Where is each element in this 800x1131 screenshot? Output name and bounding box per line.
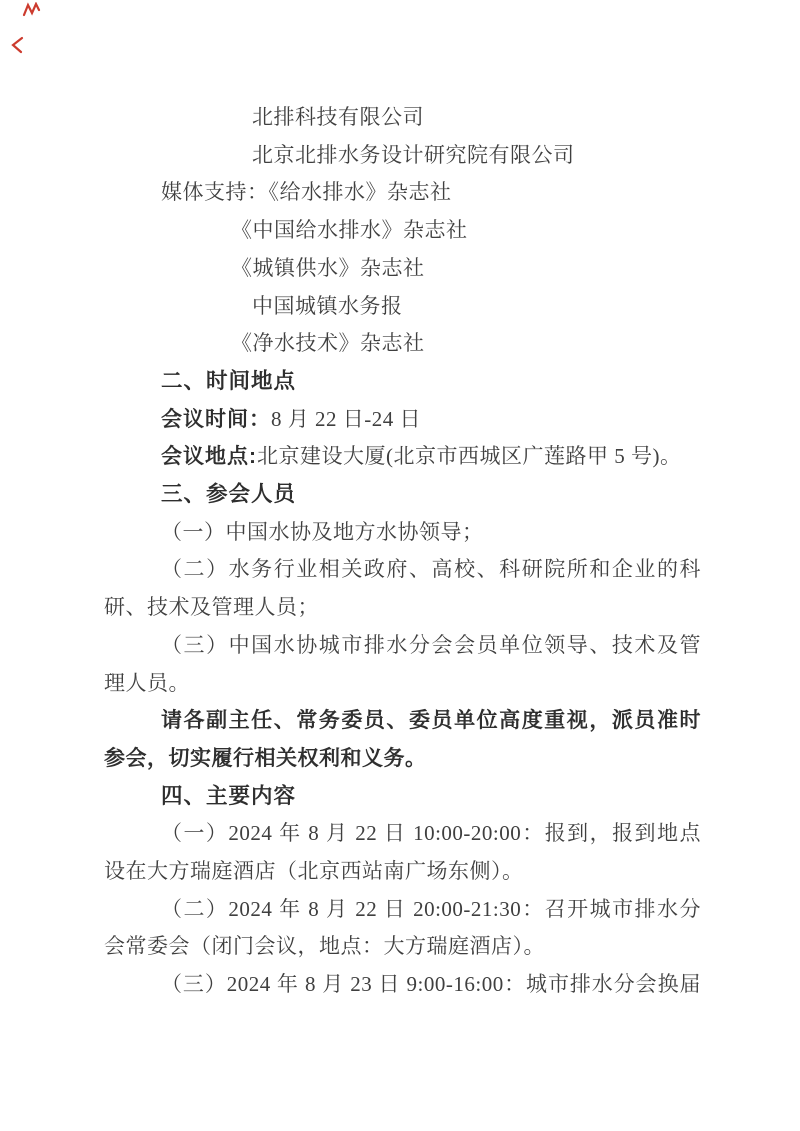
paragraph-line: （二）水务行业相关政府、高校、科研院所和企业的科 [104, 551, 701, 589]
media-support-value: 《给水排水》杂志社 [269, 180, 452, 204]
org-line: 《城镇供水》杂志社 [231, 250, 701, 288]
org-line: 北排科技有限公司 [252, 99, 701, 137]
org-line: 《中国给水排水》杂志社 [231, 212, 701, 250]
paragraph-line: （三）2024 年 8 月 23 日 9:00-16:00：城市排水分会换届 [104, 966, 701, 1004]
red-scan-mark-1 [22, 2, 42, 18]
kv-value: 8 月 22 日-24 日 [271, 407, 421, 431]
paragraph-line: 研、技术及管理人员； [104, 589, 701, 627]
section-heading: 三、参会人员 [104, 476, 701, 514]
paragraph-line: （一）2024 年 8 月 22 日 10:00-20:00：报到，报到地点 [104, 815, 701, 853]
media-support-line: 媒体支持：《给水排水》杂志社 [104, 174, 701, 212]
paragraph-line: 请各副主任、常务委员、委员单位高度重视，派员准时 [104, 702, 701, 740]
red-scan-mark-2 [9, 36, 26, 55]
paragraph-line: （三）中国水协城市排水分会会员单位领导、技术及管 [104, 627, 701, 665]
section-heading: 二、时间地点 [104, 363, 701, 401]
paragraph-line: 设在大方瑞庭酒店（北京西站南广场东侧）。 [104, 853, 701, 891]
key-value-line: 会议时间：8 月 22 日-24 日 [104, 401, 701, 439]
kv-label: 会议时间： [161, 408, 271, 431]
section-heading: 四、主要内容 [104, 778, 701, 816]
key-value-line: 会议地点:北京建设大厦(北京市西城区广莲路甲 5 号)。 [104, 438, 701, 476]
scanned-document-page: 北排科技有限公司北京北排水务设计研究院有限公司媒体支持：《给水排水》杂志社《中国… [0, 0, 800, 1131]
paragraph-line: 参会，切实履行相关权利和义务。 [104, 740, 701, 778]
paragraph-line: （一）中国水协及地方水协领导； [104, 514, 701, 552]
org-line: 《净水技术》杂志社 [231, 325, 701, 363]
paragraph-line: （二）2024 年 8 月 22 日 20:00-21:30：召开城市排水分 [104, 891, 701, 929]
document-content: 北排科技有限公司北京北排水务设计研究院有限公司媒体支持：《给水排水》杂志社《中国… [104, 99, 701, 1004]
kv-value: 北京建设大厦(北京市西城区广莲路甲 5 号)。 [257, 444, 682, 468]
org-line: 北京北排水务设计研究院有限公司 [252, 137, 701, 175]
kv-label: 会议地点: [161, 445, 257, 468]
paragraph-line: 会常委会（闭门会议，地点：大方瑞庭酒店）。 [104, 928, 701, 966]
paragraph-line: 理人员。 [104, 665, 701, 703]
org-line: 中国城镇水务报 [252, 288, 701, 326]
media-support-label: 媒体支持： [161, 180, 269, 204]
